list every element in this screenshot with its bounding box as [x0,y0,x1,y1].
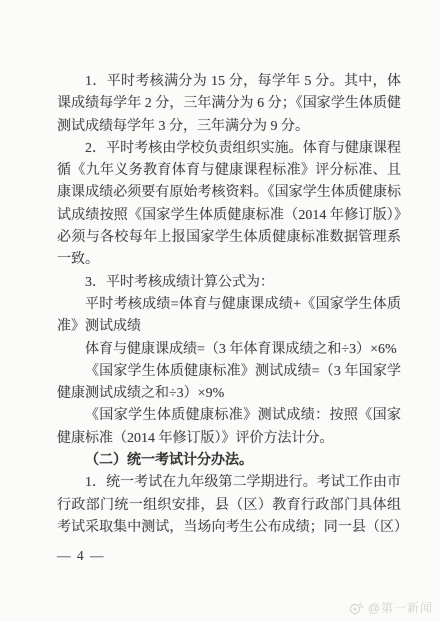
text-line: 准》测试成绩 [57,316,401,338]
text-line: 课成绩每学年 2 分，三年满分为 6 分；《国家学生体质健康标准》 [57,93,401,115]
document-page: 1．平时考核满分为 15 分，每学年 5 分。其中，体育与健康 课成绩每学年 2… [0,0,440,622]
text-line: 健康标准（2014 年修订版）》评价方法计分。 [57,428,401,450]
text-line: 必须与各校每年上报国家学生体质健康标准数据管理系统数据 [57,227,401,249]
text-line: 1．平时考核满分为 15 分，每学年 5 分。其中，体育与健康 [57,71,401,93]
text-line: 行政部门统一组织安排，县（区）教育行政部门具体组织实施。 [57,495,401,517]
watermark-text: @第一新闻 [368,599,433,616]
page-number: — 4 — [57,548,105,564]
text-line: 平时考核成绩=体育与健康课成绩+《国家学生体质健康标 [57,294,401,316]
text-line: 3．平时考核成绩计算公式为： [57,272,401,294]
text-line: 健康测试成绩之和÷3）×9% [57,383,401,405]
watermark: @第一新闻 [348,599,433,616]
section-heading: （二）统一考试计分办法。 [57,450,401,472]
document-body: 1．平时考核满分为 15 分，每学年 5 分。其中，体育与健康 课成绩每学年 2… [57,71,401,539]
text-line: 循《九年义务教育体育与健康课程标准》评分标准、且体育与健 [57,160,401,182]
text-line: 《国家学生体质健康标准》测试成绩=（3 年国家学生体质 [57,361,401,383]
text-line: 1．统一考试在九年级第二学期进行。考试工作由市级教育 [57,472,401,494]
text-line: 《国家学生体质健康标准》测试成绩：按照《国家学生体质 [57,405,401,427]
text-line: 考试采取集中测试，当场向考生公布成绩；同一县（区）的考生 [57,517,401,539]
text-line: 试成绩按照《国家学生体质健康标准（2014 年修订版）》执行， [57,205,401,227]
text-line: 一致。 [57,249,401,271]
text-line: 测试成绩每学年 3 分，三年满分为 9 分。 [57,116,401,138]
text-line: 体育与健康课成绩=（3 年体育课成绩之和÷3）×6% [57,339,401,361]
text-line: 2．平时考核由学校负责组织实施。体育与健康课程成绩遵 [57,138,401,160]
text-line: 康课成绩必须要有原始考核资料。《国家学生体质健康标准》测 [57,182,401,204]
weibo-logo-icon [348,600,364,615]
